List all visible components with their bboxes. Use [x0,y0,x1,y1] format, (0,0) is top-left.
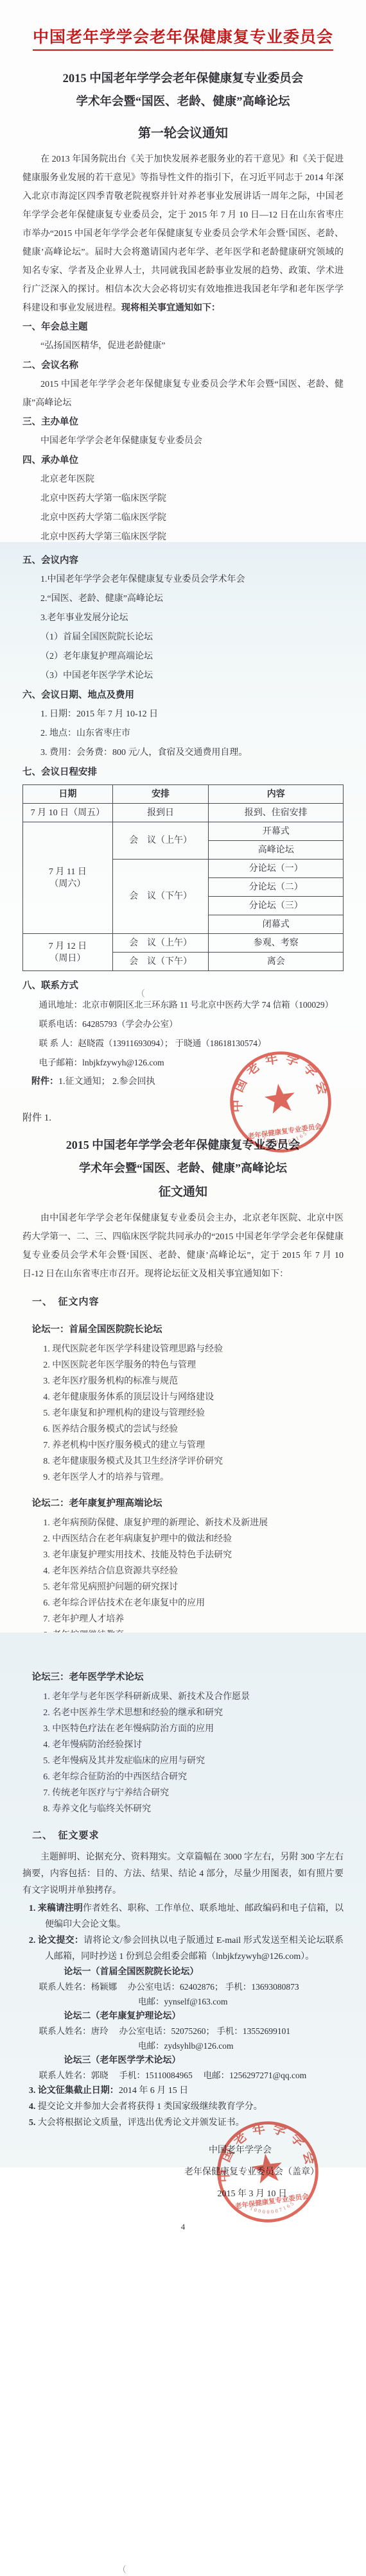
schedule-cell-content: 高峰论坛 [209,841,344,860]
text-line: 北京中医药大学第二临床医学院 [22,509,344,528]
schedule-cell-plan: 会 议（下午） [112,953,209,971]
forum-topic-line: 5. 老年康复和护理机构的建设与管理经验 [22,1405,344,1421]
forum-3-heading: 论坛三：老年医学学术论坛 [22,1668,344,1686]
schedule-cell-plan: 会 议（上午） [112,934,209,953]
forum-contact-title: 论坛三（老年医学学术论坛） [22,2053,344,2068]
schedule-cell-plan: 会 议（上午） [112,822,209,860]
schedule-cell-content: 分论坛（一） [209,860,344,878]
forum-contact-line: 联系人姓名：杨颖娜 办公室电话：62402876； 手机：13693080873 [22,1979,344,1994]
schedule-cell-plan: 会 议（下午） [112,860,209,934]
forum-topic-line: 5. 老年慢病及其并发症临床的应用与研究 [22,1753,344,1769]
requirement-item-lead: 5. [29,2118,38,2128]
org-banner-wrap: 中国老年学学会老年保健康复专业委员会 [22,24,344,51]
forum-1-items: 1. 现代医院老年医学学科建设管理思路与经验2. 中医医院老年医学服务的特色与管… [22,1341,344,1486]
schedule-header-date: 日期 [23,785,113,804]
schedule-header-row: 日期 安排 内容 [23,785,344,804]
requirement-item-text: 大会将根据论文质量，评选出优秀论文并颁发证书。 [38,2118,245,2128]
document: 中国老年学学会老年保健康复专业委员会 2015 中国老年学学会老年保健康复专业委… [0,0,366,2167]
schedule-date-line2: （周日） [24,953,111,965]
forum-contact-line: 联系人姓名：唐玲 办公室电话：52075260； 手机：13552699101 [22,2024,344,2038]
forum-topic-line: 9. 老年医学人才的培养与管理。 [22,1470,344,1486]
schedule-header-content: 内容 [209,785,344,804]
section-3-lines: 中国老年学学会老年保健康复专业委员会 [22,432,344,451]
section-5-heading: 五、会议内容 [22,551,344,570]
forum-topic-line: 7. 传统老年医疗与宁养结合研究 [22,1785,344,1801]
forum-contact: 论坛一（首届全国医院院长论坛） 联系人姓名：杨颖娜 办公室电话：62402876… [22,1965,344,2009]
org-banner-title: 中国老年学学会老年保健康复专业委员会 [33,24,333,51]
text-line: 3.老年事业发展分论坛 [22,609,344,628]
forum-topic-line: 6. 老年综合评估技术在老年康复中的应用 [22,1595,344,1611]
forum-topic-line: 7. 养老机构中医疗服务模式的建立与管理 [22,1437,344,1453]
forum-topic-line: 2. 中医医院老年医学服务的特色与管理 [22,1357,344,1373]
text-line: 1.中国老年学学会老年保健康复专业委员会学术年会 [22,570,344,589]
scan-artifact: （ [118,2563,126,2576]
forum-topic-line: 1. 现代医院老年医学学科建设管理思路与经验 [22,1341,344,1357]
call-for-papers-heading: 一、 征文内容 [22,1292,344,1312]
requirement-item: 5. 大会将根据论文质量，评选出优秀论文并颁发证书。 [22,2115,344,2131]
text-line: 2.“国医、老龄、健康”高峰论坛 [22,589,344,609]
contact-line: 联 系 人：赵晓霞（13911693094）； 于晓通（18618130574） [22,1034,344,1053]
forum-topic-line: 1. 老年病预防保健、康复护理的新理论、新技术及新进展 [22,1515,344,1531]
text-line: 中国老年学学会老年保健康复专业委员会 [22,432,344,451]
requirement-item-lead: 1. 来稿请注明 [29,1904,83,1913]
forum-contact: 论坛二（老年康复护理论坛） 联系人姓名：唐玲 办公室电话：52075260； 手… [22,2009,344,2053]
forum-topic-line: 8. 老年健康服务模式及其卫生经济学评价研究 [22,1453,344,1470]
requirement-item-lead: 4. [29,2102,38,2112]
attachment-note-label: 附件： [31,1077,58,1087]
signature-block-2: 中国老年学学会 老年保健康复专业委员会（盖章） 2015 年 3 月 10 日 … [22,2140,344,2205]
forum-topic-line: 8. 寿养文化与临终关怀研究 [22,1801,344,1817]
schedule-cell-content: 闭幕式 [209,915,344,934]
requirement-item: 3. 论文征集截止日期：2014 年 6 月 15 日 [22,2083,344,2099]
forum-topic-line: 4. 老年慢病防治经验探讨 [22,1737,344,1753]
attachment-title-line2: 学术年会暨“国医、老龄、健康”高峰论坛 [22,1157,344,1180]
requirement-item: 4. 提交论文并参加大会者将获得 1 类国家级继续教育学分。 [22,2099,344,2115]
text-line: 2. 地点：山东省枣庄市 [22,724,344,743]
section-4-heading: 四、承办单位 [22,451,344,470]
requirement-item: 2. 论文提交：请将论文/参会回执以电子版通过 E-mail 形式发送至相关论坛… [22,1933,344,1965]
forum-contact-line: 联系人姓名：郭晓 手机：15110084965 电邮：1256297271@qq… [22,2068,344,2083]
signature-date: 2015 年 3 月 10 日 [22,2183,344,2205]
forum-topic-line: 3. 老年医疗服务机构的标准与规范 [22,1373,344,1389]
section-1-heading: 一、年会总主题 [22,318,344,337]
schedule-row: 7 月 11 日 （周六） 会 议（上午） 开幕式 [23,822,344,841]
page-4: 论坛三：老年医学学术论坛 1. 老年学与老年医学科研新成果、新技术及合作愿景2.… [0,1632,366,2167]
attachment-label: 附件 1. [22,1109,344,1127]
forum-2-heading: 论坛二：老年康复护理高端论坛 [22,1495,344,1513]
schedule-cell-date: 7 月 11 日 （周六） [23,822,113,934]
attachment-intro-paragraph: 由中国老年学学会老年保健康复专业委员会主办，北京老年医院、北京中医药大学第一、二… [22,1209,344,1284]
scan-artifact: （ [136,987,145,1000]
signature-org-line2: 老年保健康复专业委员会（盖章） [22,2162,344,2183]
intro-paragraph: 在 2013 年国务院出台《关于加快发展养老服务业的若干意见》和《关于促进健康服… [22,150,344,318]
text-line: 北京老年医院 [22,470,344,489]
requirement-item-lead: 2. 论文提交： [29,1936,83,1945]
schedule-table: 日期 安排 内容 7 月 10 日（周五） 报到日 报到、住宿安排 7 月 11… [22,784,344,971]
schedule-cell-date: 7 月 12 日 （周日） [23,934,113,971]
forum-topic-line: 5. 老年常见病照护问题的研究探讨 [22,1579,344,1595]
forum-contact-email: 电邮：zydsyhlb@126.com [22,2038,344,2053]
requirement-items: 1. 来稿请注明作者姓名、职称、工作单位、联系地址、邮政编码和电子信箱，以便编印… [22,1901,344,1965]
schedule-cell-content: 参观、考察 [209,934,344,953]
requirement-item-text: 作者姓名、职称、工作单位、联系地址、邮政编码和电子信箱，以便编印大会论文集。 [45,1904,344,1929]
forum-topic-line: 6. 医养结合服务模式的尝试与经验 [22,1421,344,1437]
contact-line: 电子邮箱：lnbjkfzywyh@126.com [22,1053,344,1072]
requirements-paragraph: 主题鲜明、论据充分、资料翔实。文章篇幅在 3000 字左右，另附 300 字左右… [22,1849,344,1899]
page-3: 附件 1. 2015 中国老年学学会老年保健康复专业委员会 学术年会暨“国医、老… [0,1087,366,1632]
schedule-row: 7 月 10 日（周五） 报到日 报到、住宿安排 [23,804,344,822]
intro-text: 在 2013 年国务院出台《关于加快发展养老服务业的若干意见》和《关于促进健康服… [22,155,344,313]
forum-topic-line: 4. 老年健康服务体系的顶层设计与网络建设 [22,1389,344,1405]
schedule-cell-content: 开幕式 [209,822,344,841]
forum-contact-title: 论坛一（首届全国医院院长论坛） [22,1965,344,1979]
schedule-date-line2: （周六） [24,878,111,890]
text-line: 1. 日期：2015 年 7 月 10-12 日 [22,705,344,724]
forum-topic-line: 2. 中西医结合在老年病康复护理中的做法和经验 [22,1531,344,1547]
forum-topic-line: 3. 老年康复护理实用技术、技能及特色手法研究 [22,1547,344,1563]
page-1: 中国老年学学会老年保健康复专业委员会 2015 中国老年学学会老年保健康复专业委… [0,0,366,542]
attachment-note-text: 1.征文通知； 2.参会回执 [58,1077,155,1087]
forum-topic-line: 1. 老年学与老年医学科研新成果、新技术及合作愿景 [22,1689,344,1705]
text-line: 2015 中国老年学学会老年保健康复专业委员会学术年会暨“国医、老龄、健康”高峰… [22,375,344,412]
forum-1-heading: 论坛一：首届全国医院院长论坛 [22,1321,344,1339]
page-2: 五、会议内容 1.中国老年学学会老年保健康复专业委员会学术年会2.“国医、老龄、… [0,542,366,1087]
requirement-item-text: 2014 年 6 月 15 日 [119,2086,189,2096]
section-8-heading: 八、联系方式 [22,976,344,996]
forum-topic-line: 4. 老年医养结合信息资源共享经验 [22,1563,344,1579]
contact-line: 联系电话：64285793（学会办公室） [22,1015,344,1034]
section-2-heading: 二、会议名称 [22,356,344,375]
section-7-heading: 七、会议日程安排 [22,763,344,782]
forum-3-items: 1. 老年学与老年医学科研新成果、新技术及合作愿景2. 名老中医养生学术思想和经… [22,1689,344,1817]
forum-topic-line: 6. 老年综合征防治的中西医结合研究 [22,1769,344,1785]
schedule-cell-date: 7 月 10 日（周五） [23,804,113,822]
text-line: （1）首届全国医院院长论坛 [22,628,344,647]
schedule-cell-plan: 报到日 [112,804,209,822]
schedule-date-line1: 7 月 12 日 [24,940,111,953]
text-line: （2）老年康复护理高端论坛 [22,647,344,666]
text-line: （3）中国老年医学学术论坛 [22,666,344,686]
section-6-heading: 六、会议日期、地点及费用 [22,686,344,705]
section-5-lines: 1.中国老年学学会老年保健康复专业委员会学术年会2.“国医、老龄、健康”高峰论坛… [22,570,344,686]
text-line: 3. 费用：会务费：800 元/人，食宿及交通费用自理。 [22,743,344,763]
attachment-title-line1: 2015 中国老年学学会老年保健康复专业委员会 [22,1133,344,1157]
section-6-lines: 1. 日期：2015 年 7 月 10-12 日2. 地点：山东省枣庄市3. 费… [22,705,344,763]
requirement-item: 1. 来稿请注明作者姓名、职称、工作单位、联系地址、邮政编码和电子信箱，以便编印… [22,1901,344,1933]
doc-title-line1: 2015 中国老年学学会老年保健康复专业委员会 [22,67,344,90]
forum-contact-blocks: 论坛一（首届全国医院院长论坛） 联系人姓名：杨颖娜 办公室电话：62402876… [22,1965,344,2083]
forum-topic-line: 2. 名老中医养生学术思想和经验的继承和研究 [22,1705,344,1721]
section-2-lines: 2015 中国老年学学会老年保健康复专业委员会学术年会暨“国医、老龄、健康”高峰… [22,375,344,412]
section-1-lines: “弘扬国医精华，促进老龄健康” [22,337,344,356]
signature-org-line1: 中国老年学学会 [22,2140,344,2162]
forum-topic-line: 7. 老年护理人才培养 [22,1611,344,1627]
forum-contact-email: 电邮：yynself@163.com [22,1994,344,2009]
schedule-cell-content: 分论坛（三） [209,897,344,915]
contact-line: 通讯地址：北京市朝阳区北三环东路 11 号北京中医药大学 74 信箱（10002… [22,996,344,1015]
page-number-4: 4 [22,2222,344,2232]
requirement-items-2: 3. 论文征集截止日期：2014 年 6 月 15 日 4. 提交论文并参加大会… [22,2083,344,2131]
doc-subtitle: 第一轮会议通知 [22,123,344,141]
forum-contact: 论坛三（老年医学学术论坛） 联系人姓名：郭晓 手机：15110084965 电邮… [22,2053,344,2083]
schedule-cell-content: 分论坛（二） [209,878,344,897]
attachment-title-line3: 征文通知 [22,1180,344,1205]
section-3-heading: 三、主办单位 [22,412,344,432]
forum-contact-title: 论坛二（老年康复护理论坛） [22,2009,344,2024]
contact-lines: 通讯地址：北京市朝阳区北三环东路 11 号北京中医药大学 74 信箱（10002… [22,996,344,1072]
schedule-header-plan: 安排 [112,785,209,804]
requirement-item-lead: 3. 论文征集截止日期： [29,2086,119,2096]
doc-title-line2: 学术年会暨“国医、老龄、健康”高峰论坛 [22,90,344,114]
intro-bold-tail: 现将相关事宜通知如下： [121,303,220,313]
requirement-item-text: 提交论文并参加大会者将获得 1 类国家级继续教育学分。 [38,2102,263,2112]
submission-requirements-heading: 二、 征文要求 [22,1826,344,1845]
schedule-date-line1: 7 月 11 日 [24,866,111,878]
text-line: “弘扬国医精华，促进老龄健康” [22,337,344,356]
requirement-item-text: 请将论文/参会回执以电子版通过 E-mail 形式发送至相关论坛联系人邮箱，同时… [45,1936,344,1962]
schedule-cell-content: 报到、住宿安排 [209,804,344,822]
schedule-row: 7 月 12 日 （周日） 会 议（上午） 参观、考察 [23,934,344,953]
forum-topic-line: 3. 中医特色疗法在老年慢病防治方面的应用 [22,1721,344,1737]
schedule-cell-content: 离会 [209,953,344,971]
text-line: 北京中医药大学第一临床医学院 [22,489,344,509]
